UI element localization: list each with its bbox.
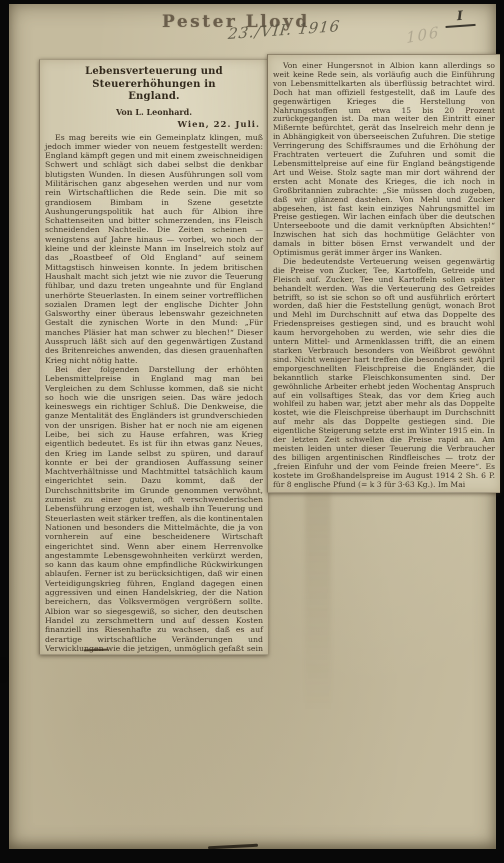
article-dateline: Wien, 22. Juli. [40,120,268,130]
article-title: Lebensverteuerung und Steuererhöhungen i… [40,60,268,104]
handwritten-archive-number: 106 [406,23,441,47]
scanned-page: Pester Lloyd 23./VII. 1916 106 I Lebensv… [0,0,504,863]
article-paragraph: Es mag bereits wie ein Gemeinplatz kling… [40,133,268,365]
article-paragraph: Die bedeutendste Verteuerung weisen gege… [268,258,500,490]
article-title-line1: Lebensverteuerung und Steuererhöhungen i… [85,66,223,90]
article-byline: Von L. Leonhard. [40,107,268,117]
article-title-line2: England. [128,91,180,102]
article-paragraph: Von einer Hungersnot in Albion kann alle… [268,55,500,258]
article-paragraph: Bei der folgenden Darstellung der erhöht… [40,365,268,655]
ink-blemish [208,844,258,850]
album-page: Pester Lloyd 23./VII. 1916 106 I Lebensv… [9,4,496,849]
paper-stain [305,492,331,712]
scan-edge-blemish [0,657,9,683]
clipping-right-column: Von einer Hungersnot in Albion kann alle… [267,54,500,493]
clipping-left-column: Lebensverteuerung und Steuererhöhungen i… [39,59,268,655]
handwritten-page-mark: I [444,8,475,28]
